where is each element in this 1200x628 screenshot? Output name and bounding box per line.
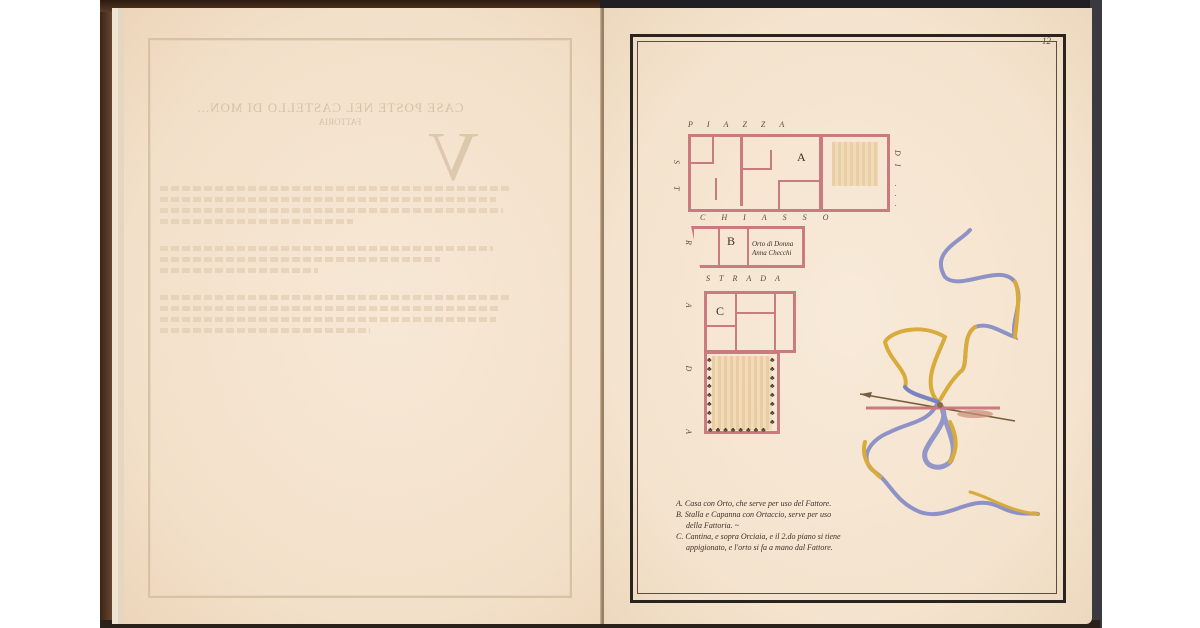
tree-row-right: ♣♣♣♣♣♣♣♣ bbox=[770, 356, 775, 426]
wall bbox=[715, 178, 717, 200]
legend-text: Stalla e Capanna con Ortaccio, serve per… bbox=[685, 510, 831, 519]
building-label-a: A bbox=[797, 150, 806, 165]
legend-text-continued: della Fattoria. ~ bbox=[676, 520, 841, 531]
orto-note-line-1: Orto di Donna bbox=[752, 240, 793, 249]
legend-key: A. bbox=[676, 499, 683, 508]
street-label-left-lower: R A D A bbox=[684, 240, 693, 462]
orto-note-line-2: Anna Checchi bbox=[752, 249, 793, 258]
page-number: 12 bbox=[1042, 36, 1051, 46]
street-label-right: DI ... bbox=[893, 150, 902, 214]
building-a-garden bbox=[832, 142, 878, 186]
building-c-cellar bbox=[704, 291, 796, 353]
building-label-c: C bbox=[716, 304, 724, 319]
wall bbox=[706, 325, 736, 327]
legend-key: C. bbox=[676, 532, 683, 541]
building-label-b: B bbox=[727, 234, 735, 249]
wall bbox=[778, 180, 780, 210]
bleed-through-text-block bbox=[160, 180, 510, 339]
legend-entry-c: C. Cantina, e sopra Orciaia, e il 2.do p… bbox=[676, 531, 841, 542]
wall bbox=[747, 228, 749, 266]
tree-row-left: ♣♣♣♣♣♣♣♣ bbox=[707, 356, 712, 426]
wall bbox=[712, 136, 714, 164]
legend-text: Cantina, e sopra Orciaia, e il 2.do pian… bbox=[685, 532, 840, 541]
tree-row-bottom: ♣♣♣♣♣♣♣♣ bbox=[708, 426, 769, 435]
wall bbox=[735, 293, 737, 351]
map-legend: A. Casa con Orto, che serve per uso del … bbox=[676, 498, 841, 553]
wall bbox=[742, 168, 770, 170]
building-c-garden bbox=[712, 356, 772, 430]
bleed-through-title: CASE POSTE NEL CASTELLO DI MON... bbox=[160, 100, 500, 116]
wall bbox=[737, 312, 775, 314]
bleed-through-subtitle: FATTORIA bbox=[220, 117, 460, 127]
wall bbox=[690, 162, 714, 164]
wall bbox=[718, 228, 720, 266]
legend-entry-b: B. Stalla e Capanna con Ortaccio, serve … bbox=[676, 509, 841, 520]
street-label-piazza: PIAZZA bbox=[688, 120, 798, 129]
wall bbox=[780, 180, 822, 182]
wall bbox=[774, 293, 776, 351]
street-label-left-upper: S T bbox=[672, 160, 681, 200]
wall bbox=[770, 150, 772, 170]
street-label-strada: STRADA bbox=[706, 274, 789, 283]
legend-key: B. bbox=[676, 510, 683, 519]
legend-text: Casa con Orto, che serve per uso del Fat… bbox=[685, 499, 831, 508]
wall bbox=[740, 136, 743, 206]
legend-entry-a: A. Casa con Orto, che serve per uso del … bbox=[676, 498, 841, 509]
building-a-house bbox=[688, 134, 822, 212]
legend-text-continued: appigionato, e l'orto si fa a mano dal F… bbox=[676, 542, 841, 553]
orto-note: Orto di Donna Anna Checchi bbox=[752, 240, 793, 258]
ribbon-compass-rose-icon bbox=[850, 222, 1050, 552]
street-label-chiasso: CHIASSO bbox=[700, 213, 844, 222]
